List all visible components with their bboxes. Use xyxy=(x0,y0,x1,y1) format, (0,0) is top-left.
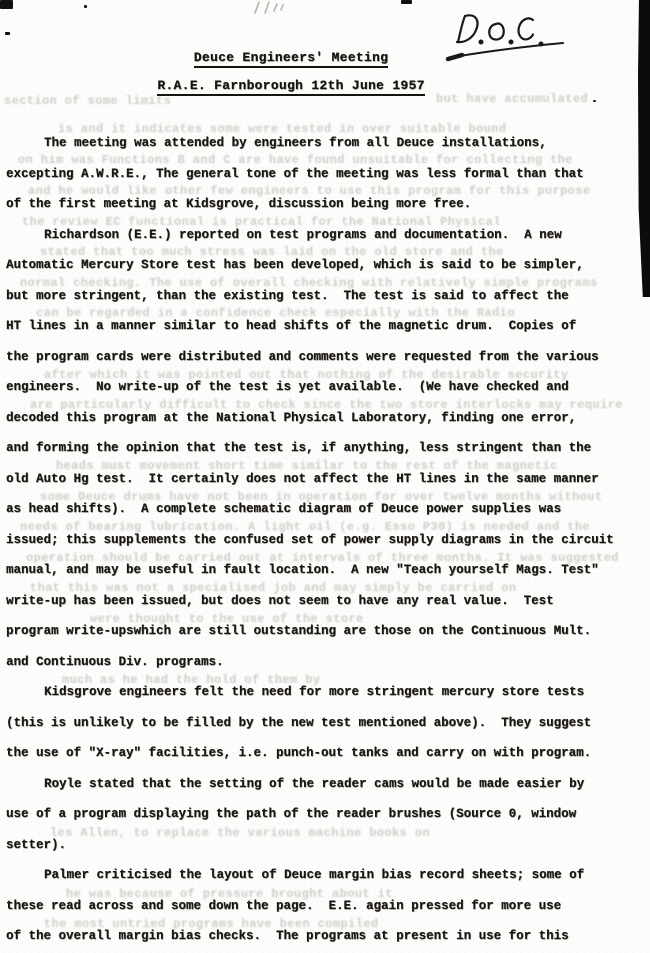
body-line: and forming the opinion that the test is… xyxy=(6,433,644,464)
body-line: of the overall margin bias checks. The p… xyxy=(6,921,644,952)
body-line: the program cards were distributed and c… xyxy=(6,342,644,373)
document-header: Deuce Engineers' Meeting R.A.E. Farnboro… xyxy=(0,50,582,106)
body-line: and Continuous Div. programs. xyxy=(6,647,644,678)
document-page: section of some limitsbut have accumulat… xyxy=(0,0,650,953)
document-subtitle: R.A.E. Farnborough 12th June 1957 xyxy=(0,78,582,96)
document-title: Deuce Engineers' Meeting xyxy=(0,50,582,68)
body-line: Automatic Mercury Store test has been de… xyxy=(6,250,644,281)
ink-speck xyxy=(401,0,412,4)
ink-speck xyxy=(84,5,87,8)
body-line: but more stringent, than the existing te… xyxy=(6,281,644,312)
body-line: the use of "X-ray" facilities, i.e. punc… xyxy=(6,738,644,769)
body-line: old Auto Hg test. It certainly does not … xyxy=(6,464,644,495)
body-line: write-up has been issued, but does not s… xyxy=(6,586,644,617)
body-line: Palmer criticised the layout of Deuce ma… xyxy=(6,860,644,891)
body-line: excepting A.W.R.E., The general tone of … xyxy=(6,159,644,190)
body-line: Richardson (E.E.) reported on test progr… xyxy=(6,220,644,251)
body-line: these read across and some down the page… xyxy=(6,891,644,922)
body-line: of the first meeting at Kidsgrove, discu… xyxy=(6,189,644,220)
body-line: issued; this supplements the confused se… xyxy=(6,525,644,556)
body-line: setter). xyxy=(6,830,644,861)
body-line: HT lines in a manner similar to head shi… xyxy=(6,311,644,342)
body-line: Royle stated that the setting of the rea… xyxy=(6,769,644,800)
ink-speck xyxy=(593,100,596,102)
ink-speck xyxy=(0,0,13,9)
body-line: Kidsgrove engineers felt the need for mo… xyxy=(6,677,644,708)
body-line: program write-upswhich are still outstan… xyxy=(6,616,644,647)
document-body: The meeting was attended by engineers fr… xyxy=(6,128,644,952)
pen-scratch-mark xyxy=(248,0,294,16)
body-line: decoded this program at the National Phy… xyxy=(6,403,644,434)
body-line: The meeting was attended by engineers fr… xyxy=(6,128,644,159)
body-line: as head shifts). A complete schematic di… xyxy=(6,494,644,525)
body-line: engineers. No write-up of the test is ye… xyxy=(6,372,644,403)
body-line: (this is unlikely to be filled by the ne… xyxy=(6,708,644,739)
ink-speck xyxy=(5,32,10,35)
body-line: use of a program displaying the path of … xyxy=(6,799,644,830)
body-line: manual, and may be useful in fault locat… xyxy=(6,555,644,586)
